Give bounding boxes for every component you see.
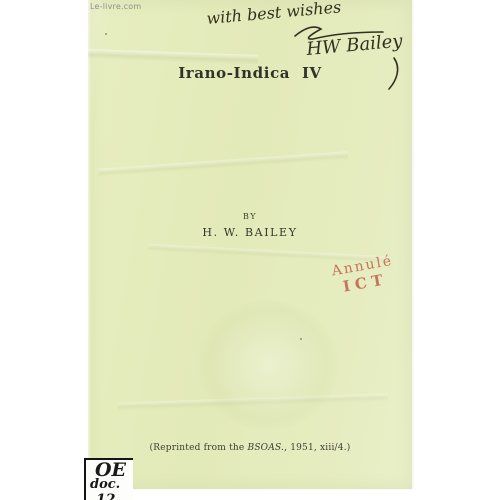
author-name: H. W. BAILEY <box>88 226 412 239</box>
product-photo: Le-livre.com with best wishes HW Bailey … <box>0 0 500 500</box>
shelf-mark-line3: 12 <box>96 493 133 500</box>
cancellation-stamp: Annulé ICT <box>322 251 407 298</box>
shelf-mark-line2: doc. <box>90 478 133 492</box>
paper-speck <box>300 338 302 340</box>
handwritten-inscription: with best wishes HW Bailey <box>195 0 410 100</box>
site-watermark: Le-livre.com <box>90 2 141 11</box>
paper-speck <box>105 33 107 35</box>
byline-label: BY <box>88 212 412 221</box>
pamphlet-cover: Le-livre.com with best wishes HW Bailey … <box>88 0 412 489</box>
signature-handwriting: HW Bailey <box>305 31 405 60</box>
reprint-note: (Reprinted from the BSOAS., 1951, xiii/4… <box>88 443 412 453</box>
reprint-suffix: , 1951, xiii/4.) <box>284 443 350 453</box>
emboss-mark <box>198 300 338 430</box>
paper-crease <box>98 151 348 176</box>
reprint-journal: BSOAS. <box>248 443 285 453</box>
reprint-prefix: (Reprinted from the <box>150 443 248 453</box>
cover-title: Irano-Indica IV <box>88 64 412 82</box>
paper-crease <box>118 393 388 410</box>
dedication-handwriting: with best wishes <box>206 0 342 28</box>
shelf-mark-label: OE doc. 12 <box>84 458 133 500</box>
